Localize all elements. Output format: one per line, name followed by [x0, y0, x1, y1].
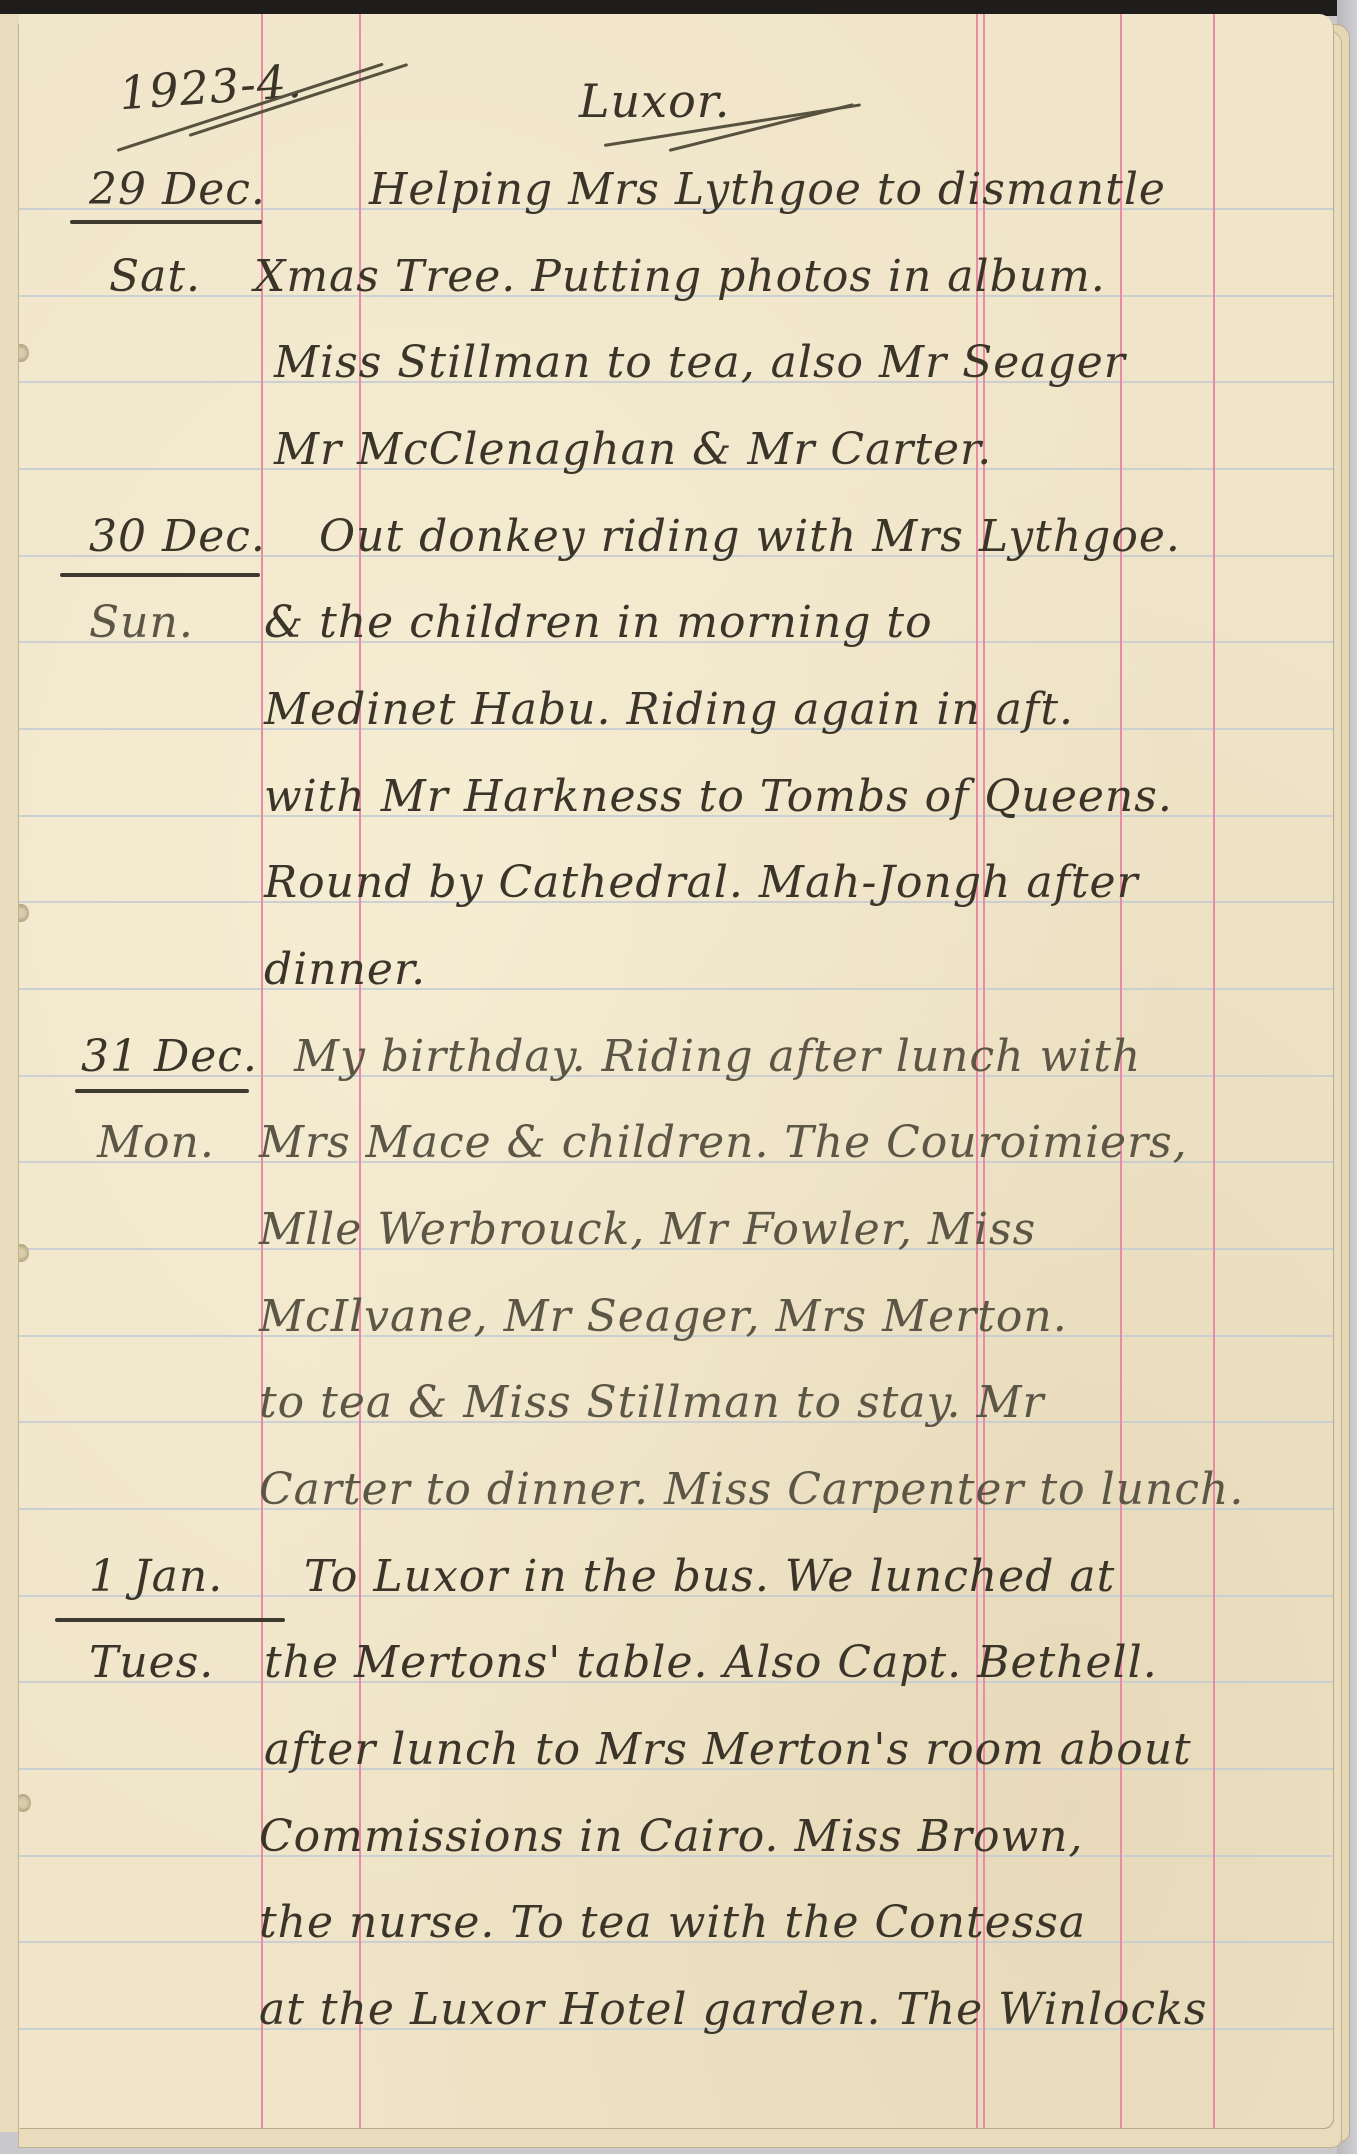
entry-line: Mlle Werbrouck, Mr Fowler, Miss [259, 1208, 1036, 1252]
binding-hole [19, 344, 29, 362]
entry-weekday: Mon. [97, 1121, 215, 1165]
entry-line: & the children in morning to [264, 601, 933, 645]
entry-date: 30 Dec. [89, 515, 266, 559]
entry-line: Miss Stillman to tea, also Mr Seager [274, 341, 1126, 385]
diary-page: 1923-4. Luxor. 29 Dec. Sat. Helping Mrs … [19, 14, 1333, 2128]
entry-line: To Luxor in the bus. We lunched at [304, 1555, 1115, 1599]
entry-line: the nurse. To tea with the Contessa [259, 1901, 1086, 1945]
entry-line: Helping Mrs Lythgoe to dismantle [369, 168, 1166, 212]
entry-line: Carter to dinner. Miss Carpenter to lunc… [259, 1468, 1244, 1512]
binding-hole [19, 904, 29, 922]
entry-line: Commissions in Cairo. Miss Brown, [259, 1815, 1084, 1859]
entry-line: My birthday. Riding after lunch with [294, 1035, 1141, 1079]
date-underline [75, 1089, 249, 1093]
entry-weekday: Sat. [109, 255, 201, 299]
entry-date: 31 Dec. [81, 1035, 258, 1079]
entry-date: 1 Jan. [89, 1555, 223, 1599]
entry-line: Xmas Tree. Putting photos in album. [254, 255, 1106, 299]
date-underline [70, 220, 262, 224]
entry-line: McIlvane, Mr Seager, Mrs Merton. [259, 1295, 1068, 1339]
entry-line: Out donkey riding with Mrs Lythgoe. [319, 515, 1181, 559]
entry-line: dinner. [264, 948, 426, 992]
entry-line: with Mr Harkness to Tombs of Queens. [264, 775, 1173, 819]
entry-line: Mr McClenaghan & Mr Carter. [274, 428, 992, 472]
ruled-line [19, 988, 1333, 990]
entry-line: Round by Cathedral. Mah-Jongh after [264, 861, 1139, 905]
entry-line: Medinet Habu. Riding again in aft. [264, 688, 1074, 732]
entry-weekday: Sun. [89, 601, 194, 645]
entry-date: 29 Dec. [89, 168, 266, 212]
entry-weekday: Tues. [89, 1641, 214, 1685]
entry-line: at the Luxor Hotel garden. The Winlocks [259, 1988, 1207, 2032]
entry-line: Mrs Mace & children. The Couroimiers, [259, 1121, 1188, 1165]
binding-hole [19, 1794, 31, 1812]
column-line [1213, 14, 1215, 2128]
entry-line: the Mertons' table. Also Capt. Bethell. [264, 1641, 1158, 1685]
binding-hole [19, 1244, 29, 1262]
date-underline [60, 573, 260, 577]
entry-line: after lunch to Mrs Merton's room about [264, 1728, 1192, 1772]
date-underline [55, 1618, 285, 1622]
entry-line: to tea & Miss Stillman to stay. Mr [259, 1381, 1045, 1425]
header-place: Luxor. [579, 78, 730, 124]
